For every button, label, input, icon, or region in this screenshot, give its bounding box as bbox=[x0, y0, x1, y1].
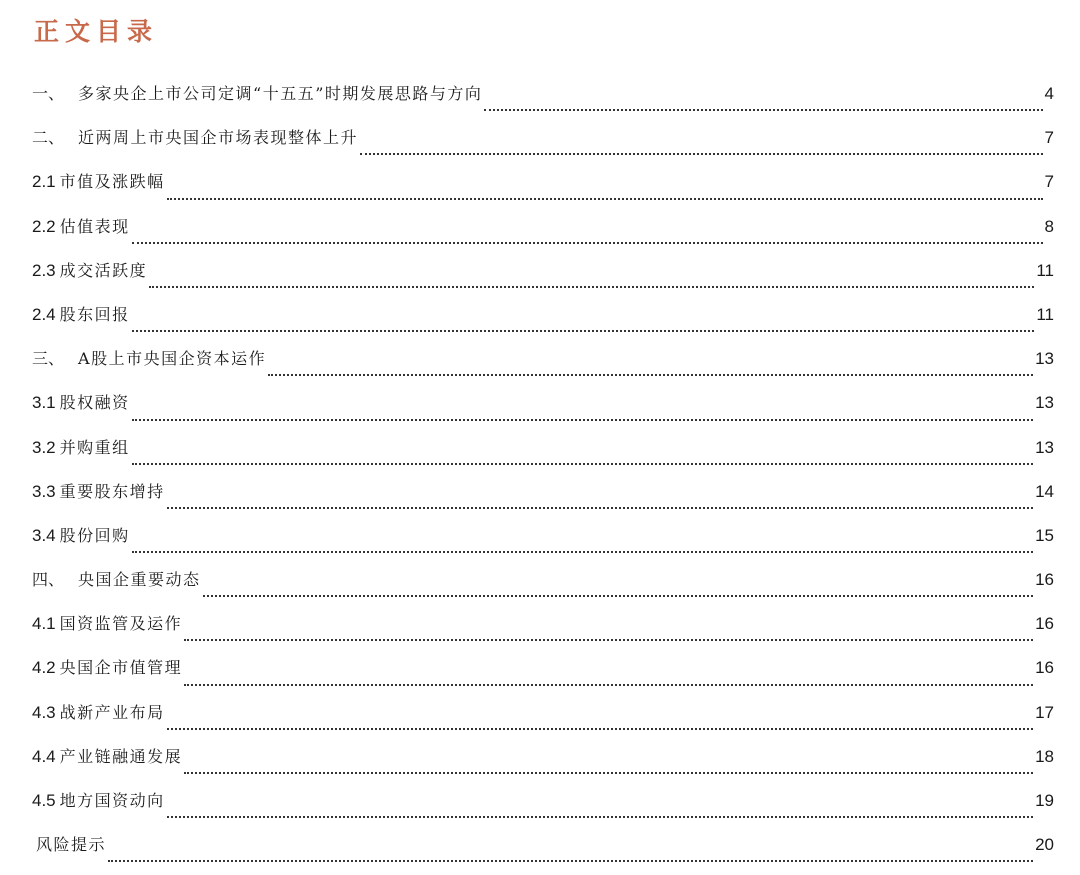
toc-entry-text: 多家央企上市公司定调“十五五”时期发展思路与方向 bbox=[78, 84, 482, 103]
toc-entry[interactable]: 风险提示20 bbox=[32, 830, 1054, 874]
toc-entry-label: 3.3重要股东增持 bbox=[32, 477, 165, 507]
dot-leader bbox=[132, 551, 1033, 553]
toc-entry-number: 4.5 bbox=[32, 791, 56, 810]
toc-entry-number: 四、 bbox=[32, 570, 64, 589]
toc-entry-page-number[interactable]: 16 bbox=[1035, 653, 1054, 683]
toc-entry-text: 并购重组 bbox=[60, 438, 130, 457]
toc-entry-page-number[interactable]: 7 bbox=[1045, 123, 1054, 153]
dot-leader bbox=[167, 816, 1033, 818]
toc-entry-page-number[interactable]: 7 bbox=[1045, 167, 1054, 197]
toc-entry-page-number[interactable]: 14 bbox=[1035, 477, 1054, 507]
toc-entry[interactable]: 3.1股权融资13 bbox=[32, 388, 1054, 432]
toc-entry-page-number[interactable]: 13 bbox=[1035, 433, 1054, 463]
toc-entry[interactable]: 二、近两周上市央国企市场表现整体上升7 bbox=[32, 123, 1054, 167]
toc-entry[interactable]: 四、央国企重要动态16 bbox=[32, 565, 1054, 609]
toc-entry-label: 2.2估值表现 bbox=[32, 212, 130, 242]
dot-leader bbox=[167, 198, 1043, 200]
toc-entry-text: A股上市央国企资本运作 bbox=[78, 349, 266, 368]
toc-entry[interactable]: 3.4股份回购15 bbox=[32, 521, 1054, 565]
toc-entry-text: 股权融资 bbox=[60, 393, 130, 412]
toc-entry-text: 国资监管及运作 bbox=[60, 614, 183, 633]
toc-entry[interactable]: 一、多家央企上市公司定调“十五五”时期发展思路与方向4 bbox=[32, 79, 1054, 123]
toc-entry[interactable]: 3.2并购重组13 bbox=[32, 433, 1054, 477]
toc-entry-page-number[interactable]: 16 bbox=[1035, 565, 1054, 595]
toc-entry-number: 3.4 bbox=[32, 526, 56, 545]
toc-entry-page-number[interactable]: 11 bbox=[1036, 256, 1054, 286]
toc-entry-text: 战新产业布局 bbox=[60, 703, 165, 722]
toc-entry-text: 央国企市值管理 bbox=[60, 658, 183, 677]
dot-leader bbox=[108, 860, 1033, 862]
dot-leader bbox=[132, 330, 1035, 332]
toc-entry[interactable]: 4.4产业链融通发展18 bbox=[32, 742, 1054, 786]
dot-leader bbox=[167, 507, 1033, 509]
toc-entry-number: 2.3 bbox=[32, 261, 56, 280]
toc-entry-page-number[interactable]: 13 bbox=[1035, 388, 1054, 418]
toc-entry-page-number[interactable]: 4 bbox=[1045, 79, 1054, 109]
toc-entry-text: 估值表现 bbox=[60, 217, 130, 236]
toc-entry-number: 4.2 bbox=[32, 658, 56, 677]
toc-entry-text: 股份回购 bbox=[60, 526, 130, 545]
toc-title: 正文目录 bbox=[34, 12, 158, 48]
toc-entry-text: 地方国资动向 bbox=[60, 791, 165, 810]
toc-entry-label: 3.1股权融资 bbox=[32, 388, 130, 418]
toc-entry-text: 风险提示 bbox=[36, 835, 106, 854]
toc-entry-page-number[interactable]: 15 bbox=[1035, 521, 1054, 551]
toc-entry-number: 3.2 bbox=[32, 438, 56, 457]
toc-entry-number: 三、 bbox=[32, 349, 64, 368]
toc-entry-label: 2.4股东回报 bbox=[32, 300, 130, 330]
toc-entry[interactable]: 2.3成交活跃度11 bbox=[32, 256, 1054, 300]
toc-entry-page-number[interactable]: 8 bbox=[1045, 212, 1054, 242]
toc-entry[interactable]: 4.1国资监管及运作16 bbox=[32, 609, 1054, 653]
dot-leader bbox=[360, 153, 1043, 155]
toc-entry-page-number[interactable]: 13 bbox=[1035, 344, 1054, 374]
toc-entry-label: 2.1市值及涨跌幅 bbox=[32, 167, 165, 197]
toc-entry-label: 四、央国企重要动态 bbox=[32, 565, 201, 595]
toc-entry-label: 4.2央国企市值管理 bbox=[32, 653, 182, 683]
toc-entry-text: 重要股东增持 bbox=[60, 482, 165, 501]
toc-entry-page-number[interactable]: 17 bbox=[1035, 698, 1054, 728]
toc-entry-number: 4.4 bbox=[32, 747, 56, 766]
toc-entry-text: 产业链融通发展 bbox=[60, 747, 183, 766]
toc-entry-number: 4.3 bbox=[32, 703, 56, 722]
toc-entry-number: 2.4 bbox=[32, 305, 56, 324]
toc-entry-label: 4.1国资监管及运作 bbox=[32, 609, 182, 639]
toc-entry-number: 4.1 bbox=[32, 614, 56, 633]
toc-entry-number: 3.1 bbox=[32, 393, 56, 412]
toc-entry[interactable]: 4.3战新产业布局17 bbox=[32, 698, 1054, 742]
dot-leader bbox=[132, 419, 1033, 421]
toc-entry-number: 一、 bbox=[32, 84, 64, 103]
dot-leader bbox=[132, 463, 1033, 465]
dot-leader bbox=[184, 772, 1033, 774]
dot-leader bbox=[149, 286, 1034, 288]
toc-entry[interactable]: 3.3重要股东增持14 bbox=[32, 477, 1054, 521]
dot-leader bbox=[268, 374, 1033, 376]
dot-leader bbox=[184, 639, 1033, 641]
toc-entry[interactable]: 2.2估值表现8 bbox=[32, 212, 1054, 256]
toc-entry-label: 4.5地方国资动向 bbox=[32, 786, 165, 816]
toc-entry-label: 2.3成交活跃度 bbox=[32, 256, 147, 286]
toc-entry-text: 市值及涨跌幅 bbox=[60, 172, 165, 191]
toc-entry[interactable]: 4.5地方国资动向19 bbox=[32, 786, 1054, 830]
toc-entry-text: 成交活跃度 bbox=[60, 261, 148, 280]
toc-entry-label: 三、A股上市央国企资本运作 bbox=[32, 344, 266, 374]
toc-entry-number: 二、 bbox=[32, 128, 64, 147]
toc-entry-number: 2.1 bbox=[32, 172, 56, 191]
toc-entry-text: 股东回报 bbox=[60, 305, 130, 324]
toc-entry-label: 4.3战新产业布局 bbox=[32, 698, 165, 728]
toc-entry-label: 4.4产业链融通发展 bbox=[32, 742, 182, 772]
toc-entry[interactable]: 4.2央国企市值管理16 bbox=[32, 653, 1054, 697]
toc-entry-label: 二、近两周上市央国企市场表现整体上升 bbox=[32, 123, 358, 153]
toc-entry-label: 一、多家央企上市公司定调“十五五”时期发展思路与方向 bbox=[32, 79, 482, 109]
table-of-contents: 一、多家央企上市公司定调“十五五”时期发展思路与方向4二、近两周上市央国企市场表… bbox=[32, 79, 1054, 874]
toc-entry-label: 风险提示 bbox=[32, 830, 106, 860]
toc-entry-page-number[interactable]: 20 bbox=[1035, 830, 1054, 860]
toc-entry-page-number[interactable]: 18 bbox=[1035, 742, 1054, 772]
toc-entry-label: 3.4股份回购 bbox=[32, 521, 130, 551]
dot-leader bbox=[484, 109, 1042, 111]
toc-entry[interactable]: 2.4股东回报11 bbox=[32, 300, 1054, 344]
toc-entry-label: 3.2并购重组 bbox=[32, 433, 130, 463]
toc-entry-text: 央国企重要动态 bbox=[78, 570, 201, 589]
toc-entry[interactable]: 三、A股上市央国企资本运作13 bbox=[32, 344, 1054, 388]
toc-entry-number: 3.3 bbox=[32, 482, 56, 501]
toc-entry-page-number[interactable]: 11 bbox=[1036, 300, 1054, 330]
dot-leader bbox=[132, 242, 1043, 244]
toc-entry-number: 2.2 bbox=[32, 217, 56, 236]
toc-entry-text: 近两周上市央国企市场表现整体上升 bbox=[78, 128, 358, 147]
dot-leader bbox=[203, 595, 1034, 597]
toc-entry[interactable]: 2.1市值及涨跌幅7 bbox=[32, 167, 1054, 211]
toc-entry-page-number[interactable]: 19 bbox=[1035, 786, 1054, 816]
dot-leader bbox=[167, 728, 1033, 730]
dot-leader bbox=[184, 684, 1033, 686]
toc-entry-page-number[interactable]: 16 bbox=[1035, 609, 1054, 639]
